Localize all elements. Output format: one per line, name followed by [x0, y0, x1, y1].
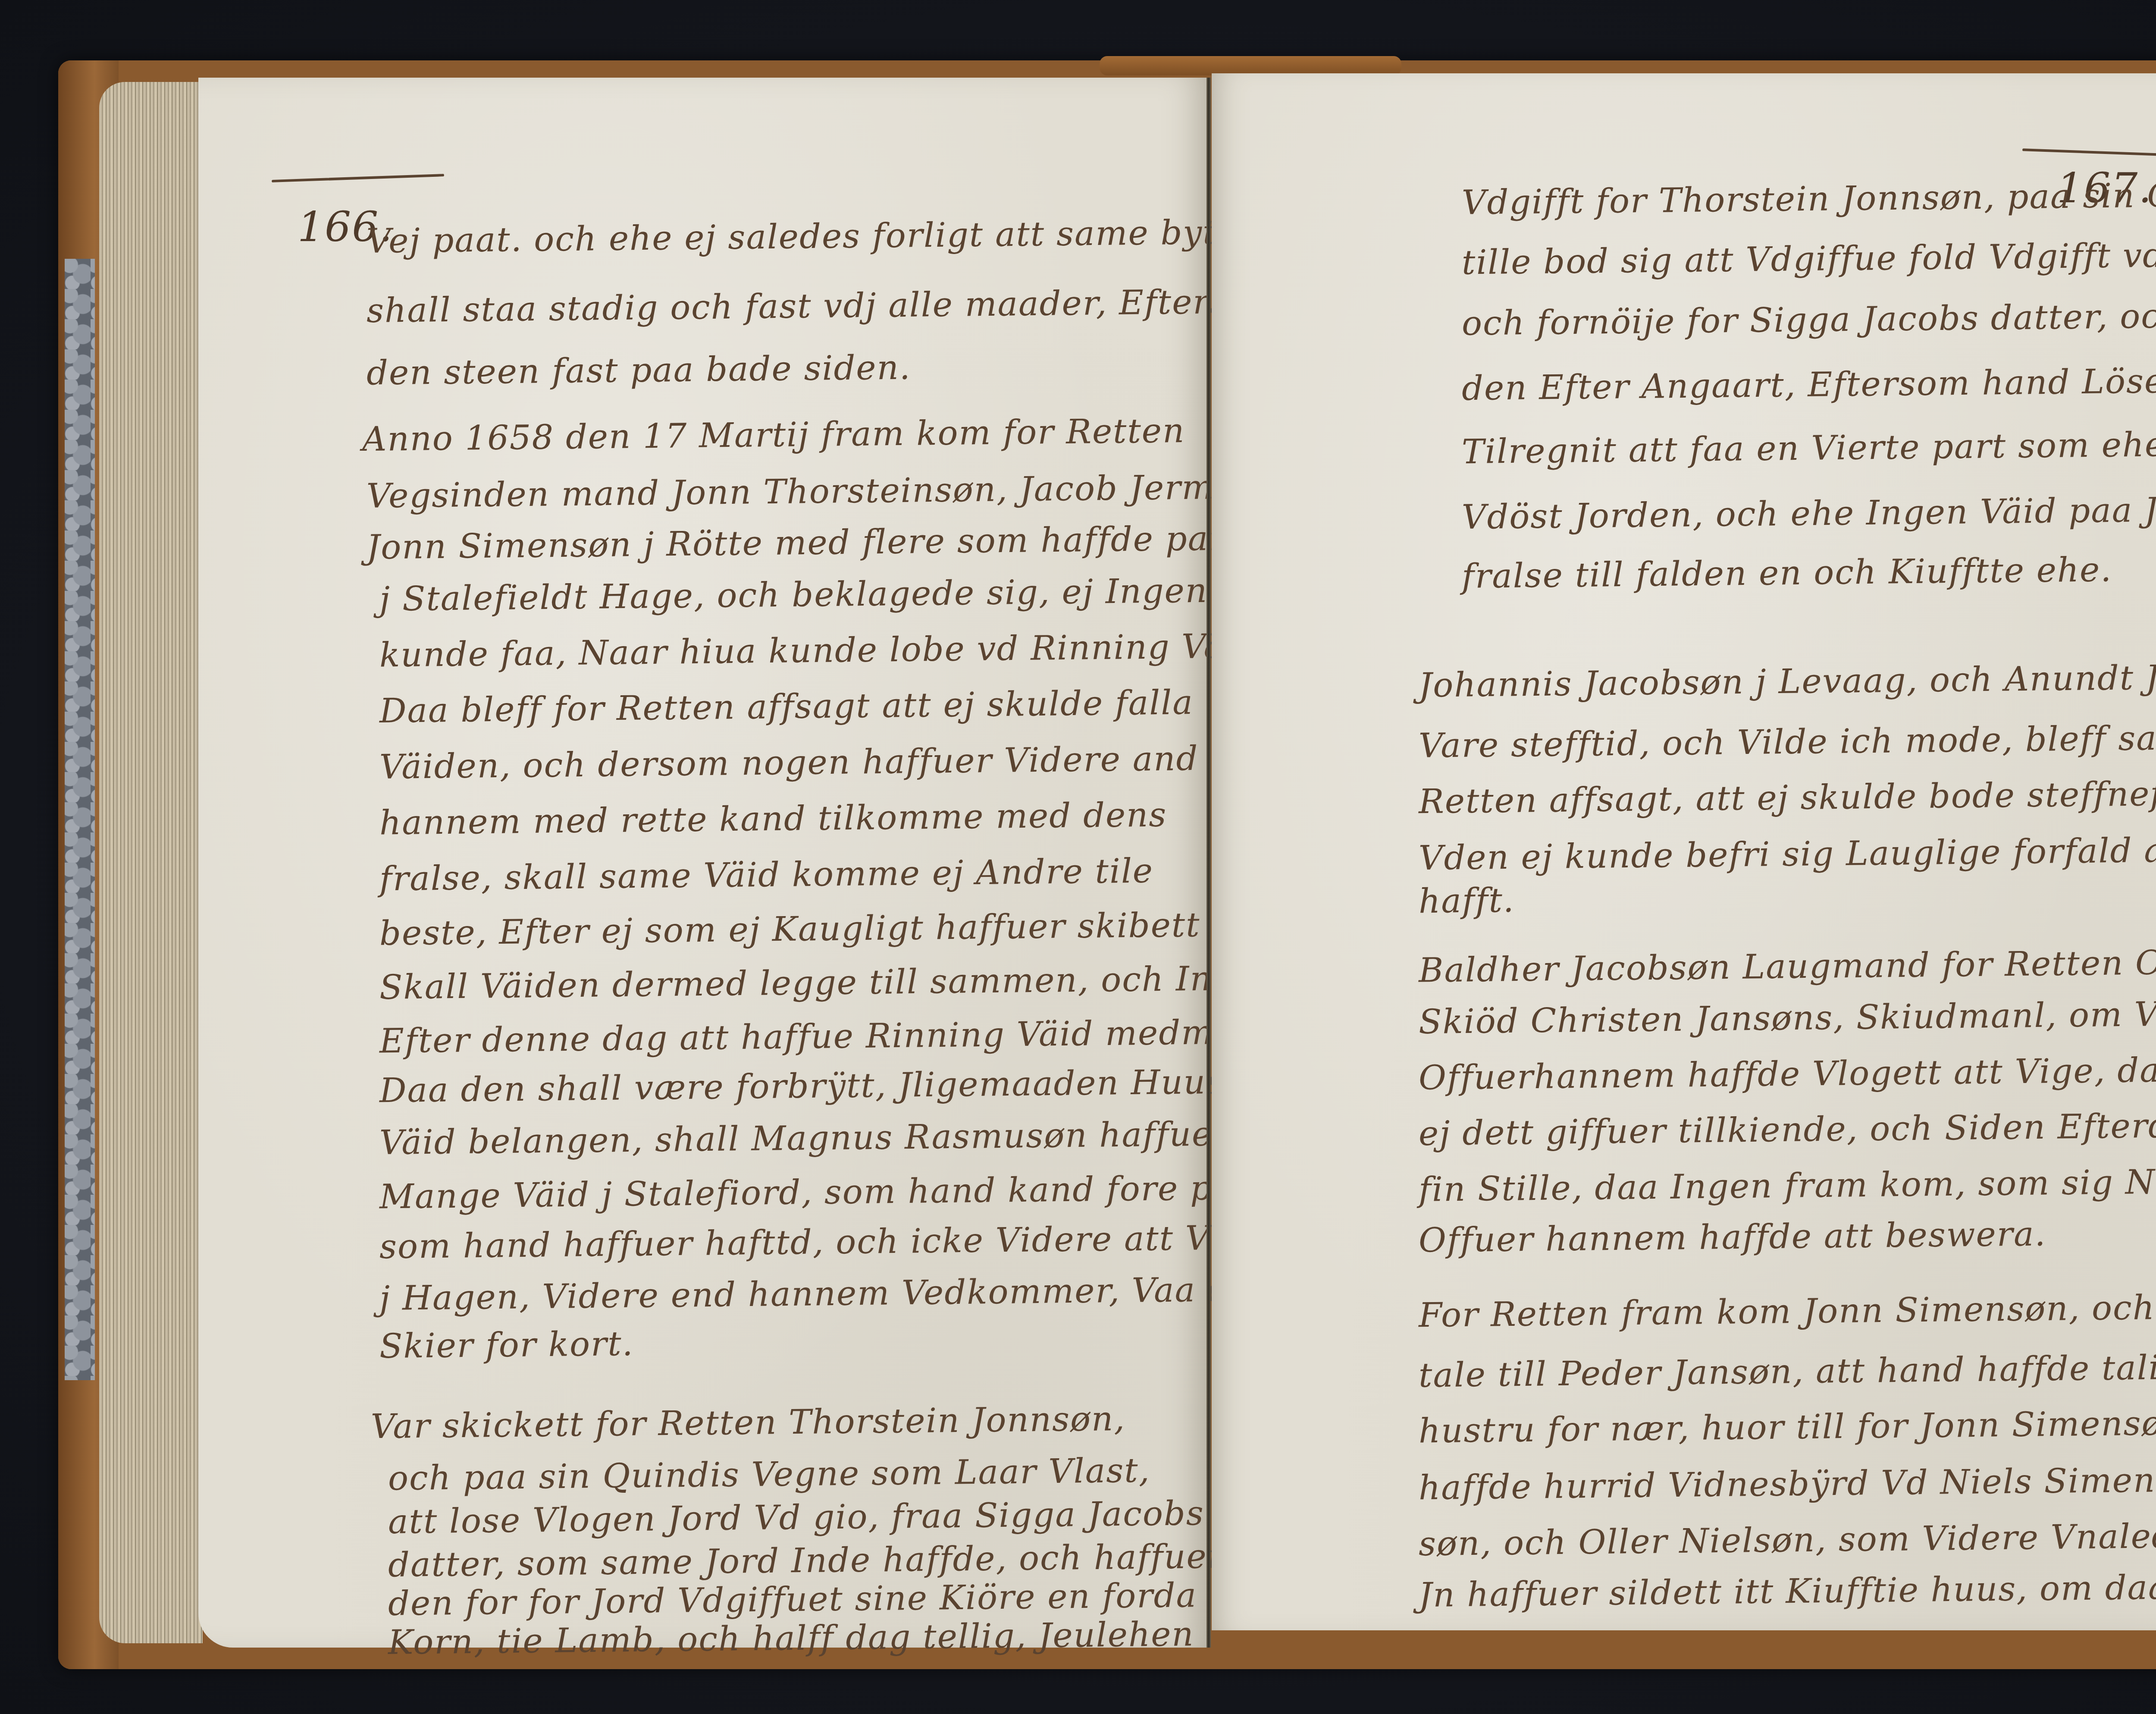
manuscript-line: Jonn Simensøn j Rötte med flere som haff…: [367, 521, 1241, 564]
manuscript-line: Mange Väid j Stalefiord, som hand kand f…: [379, 1170, 1329, 1214]
manuscript-line: den for for Jord Vdgiffuet sine Kiöre en…: [388, 1579, 1197, 1621]
book-spine-top: [1100, 56, 1401, 75]
marbled-board-left: [65, 259, 95, 1380]
manuscript-line: Daa bleff for Retten affsagt att ej skul…: [379, 686, 1194, 728]
manuscript-line: Väiden, och dersom nogen haffuer Videre …: [379, 742, 1199, 784]
manuscript-line: kunde faa, Naar hiua kunde lobe vd Rinni…: [379, 629, 1247, 672]
manuscript-line: Skier for kort.: [379, 1327, 634, 1363]
manuscript-line: Väid belangen, shall Magnus Rasmusøn haf…: [379, 1117, 1286, 1160]
manuscript-line: den Efter Angaart, Eftersom hand Löser J…: [1462, 361, 2156, 405]
manuscript-line: Anno 1658 den 17 Martij fram kom for Ret…: [362, 414, 1185, 456]
manuscript-line: Baldher Jacobsøn Laugmand for Retten Ops…: [1419, 944, 2156, 987]
manuscript-line: fralse till falden en och Kiufftte ehe.: [1462, 553, 2112, 593]
manuscript-line: Vdgifft for Thorstein Jonnsøn, paa sin Q…: [1462, 176, 2156, 220]
manuscript-line: datter, som same Jord Inde haffde, och h…: [388, 1540, 1225, 1582]
header-rule: [2022, 148, 2156, 156]
right-page: 167. Vdgifft for Thorstein Jonnsøn, paa …: [1212, 73, 2156, 1630]
manuscript-line: tale till Peder Jansøn, att hand haffde …: [1419, 1350, 2156, 1392]
manuscript-line: och fornöije for Sigga Jacobs datter, oc…: [1462, 297, 2156, 340]
manuscript-line: Daa den shall være forbrÿtt, Jligemaaden…: [379, 1065, 1225, 1108]
manuscript-line: Offuerhannem haffde Vlogett att Vige, da…: [1419, 1052, 2156, 1095]
book-gutter: [1206, 78, 1211, 1648]
manuscript-line: Vej paat. och ehe ej saledes forligt att…: [367, 215, 1251, 258]
manuscript-line: hannem med rette kand tilkomme med dens: [379, 798, 1167, 840]
manuscript-line: Skiöd Christen Jansøns, Skiudmanl, om Vl…: [1419, 996, 2156, 1039]
manuscript-line: Korn, tie Lamb, och halff dag tellig, Je…: [388, 1617, 1194, 1660]
manuscript-line: søn, och Oller Nielsøn, som Videre Vnale…: [1419, 1518, 2156, 1561]
manuscript-line: fralse, skall same Väid komme ej Andre t…: [379, 854, 1154, 896]
manuscript-line: den steen fast paa bade siden.: [367, 351, 911, 390]
manuscript-line: For Retten fram kom Jonn Simensøn, och h…: [1419, 1289, 2156, 1332]
manuscript-line: Efter denne dag att haffue Rinning Väid …: [379, 1015, 1248, 1058]
manuscript-line: hustru for nær, huor till for Jonn Simen…: [1419, 1406, 2156, 1448]
manuscript-line: haffde hurrid Vidnesbÿrd Vd Niels Simen …: [1419, 1462, 2156, 1505]
manuscript-line: hafft.: [1419, 884, 1515, 918]
left-page: 166. Vej paat. och ehe ej saledes forlig…: [198, 78, 1207, 1648]
manuscript-line: Var skickett for Retten Thorstein Jonnsø…: [371, 1402, 1126, 1444]
manuscript-line: Johannis Jacobsøn j Levaag, och Anundt J…: [1419, 659, 2156, 702]
manuscript-line: beste, Efter ej som ej Kaugligt haffuer …: [379, 907, 1275, 951]
manuscript-line: Vare stefftid, och Vilde ich mode, bleff…: [1419, 720, 2156, 763]
manuscript-line: och paa sin Quindis Vegne som Laar Vlast…: [388, 1454, 1150, 1496]
manuscript-line: ej dett giffuer tillkiende, och Siden Ef…: [1419, 1108, 2156, 1151]
header-rule: [272, 174, 444, 182]
manuscript-line: tille bod sig att Vdgiffue fold Vdgifft …: [1462, 237, 2156, 280]
manuscript-line: Offuer hannem haffde att beswera.: [1419, 1217, 2046, 1257]
page-stack-left: [99, 82, 203, 1643]
manuscript-line: j Stalefieldt Hage, och beklagede sig, e…: [379, 573, 1269, 616]
manuscript-line: Vdöst Jorden, och ehe Ingen Väid paa Jor…: [1462, 491, 2156, 534]
manuscript-line: Skall Väiden dermed legge till sammen, o…: [379, 961, 1279, 1005]
manuscript-line: Retten affsagt, att ej skulde bode steff…: [1419, 776, 2156, 819]
manuscript-line: Vden ej kunde befri sig Lauglige forfald…: [1419, 832, 2156, 875]
manuscript-line: att lose Vlogen Jord Vd gio, fraa Sigga …: [388, 1497, 1205, 1539]
manuscript-line: fin Stille, daa Ingen fram kom, som sig …: [1419, 1165, 2156, 1207]
manuscript-line: Vegsinden mand Jonn Thorsteinsøn, Jacob …: [367, 469, 1344, 513]
manuscript-line: Jn haffuer sildett itt Kiufftie huus, om…: [1419, 1570, 2156, 1612]
manuscript-line: Tilregnit att faa en Vierte part som ehe…: [1462, 427, 2156, 469]
